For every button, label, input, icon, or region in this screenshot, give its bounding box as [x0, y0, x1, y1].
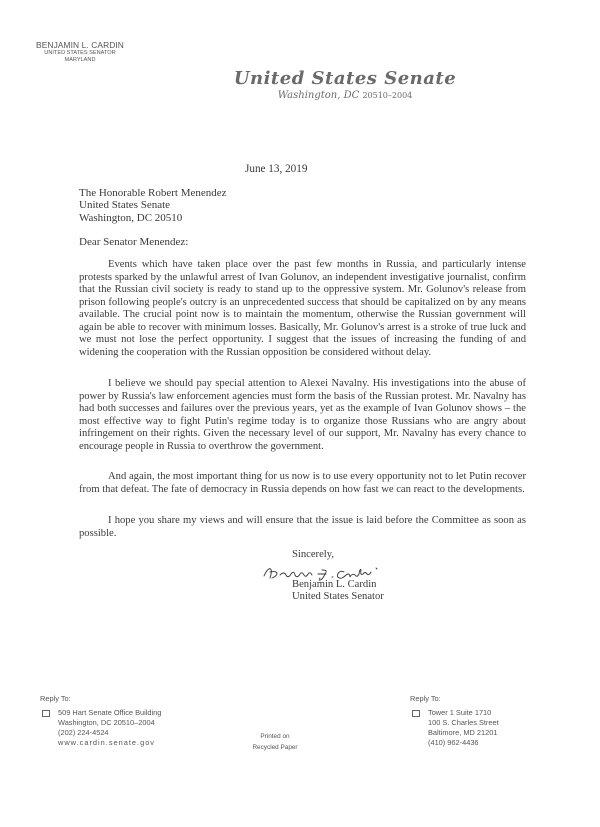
- dc-phone: (202) 224-4524: [58, 728, 161, 738]
- signer-block: Benjamin L. Cardin United States Senator: [292, 579, 384, 604]
- printed-line2: Recycled Paper: [240, 742, 310, 753]
- website-link: www.cardin.senate.gov: [58, 738, 161, 748]
- reply-dc-office: Reply To: 509 Hart Senate Office Buildin…: [40, 694, 161, 748]
- body-paragraph: And again, the most important thing for …: [79, 471, 526, 496]
- salutation: Dear Senator Menendez:: [79, 236, 188, 248]
- letterhead-address: Washington, DC 20510–2004: [195, 90, 495, 101]
- reply-label: Reply To:: [40, 694, 161, 704]
- md-address-line3: Baltimore, MD 21201: [428, 728, 499, 738]
- body-paragraph: Events which have taken place over the p…: [79, 259, 526, 359]
- paragraph-text: I believe we should pay special attentio…: [79, 378, 526, 453]
- signer-name: Benjamin L. Cardin: [292, 579, 384, 591]
- md-phone: (410) 962-4436: [428, 738, 499, 748]
- letterhead-institution: United States Senate: [195, 68, 495, 89]
- sender-title: UNITED STATES SENATOR: [30, 50, 130, 57]
- checkbox-icon: [412, 710, 420, 717]
- letterhead-city: Washington, DC: [278, 90, 360, 101]
- sender-name: BENJAMIN L. CARDIN: [30, 40, 130, 50]
- recipient-address: The Honorable Robert Menendez United Sta…: [79, 187, 227, 224]
- body-paragraph: I hope you share my views and will ensur…: [79, 515, 526, 540]
- paragraph-text: I hope you share my views and will ensur…: [79, 515, 526, 540]
- checkbox-icon: [42, 710, 50, 717]
- recipient-name: The Honorable Robert Menendez: [79, 187, 227, 199]
- dc-address-line1: 509 Hart Senate Office Building: [58, 708, 161, 718]
- reply-label: Reply To:: [410, 694, 499, 704]
- sender-state: MARYLAND: [30, 57, 130, 64]
- body-paragraph: I believe we should pay special attentio…: [79, 378, 526, 453]
- recipient-office: United States Senate: [79, 199, 227, 211]
- letterhead: United States Senate Washington, DC 2051…: [195, 68, 495, 101]
- reply-md-office: Reply To: Tower 1 Suite 1710 100 S. Char…: [410, 694, 499, 748]
- letterhead-zip: 20510–2004: [362, 91, 412, 100]
- md-address-line1: Tower 1 Suite 1710: [428, 708, 499, 718]
- md-address-line2: 100 S. Charles Street: [428, 718, 499, 728]
- printed-note: Printed on Recycled Paper: [240, 731, 310, 753]
- letter-date: June 13, 2019: [245, 163, 307, 175]
- dc-address-line2: Washington, DC 20510–2004: [58, 718, 161, 728]
- signer-title: United States Senator: [292, 591, 384, 603]
- printed-line1: Printed on: [240, 731, 310, 742]
- recipient-city: Washington, DC 20510: [79, 212, 227, 224]
- paragraph-text: And again, the most important thing for …: [79, 471, 526, 496]
- paragraph-text: Events which have taken place over the p…: [79, 259, 526, 359]
- closing: Sincerely,: [292, 549, 334, 561]
- sender-block: BENJAMIN L. CARDIN UNITED STATES SENATOR…: [30, 40, 130, 64]
